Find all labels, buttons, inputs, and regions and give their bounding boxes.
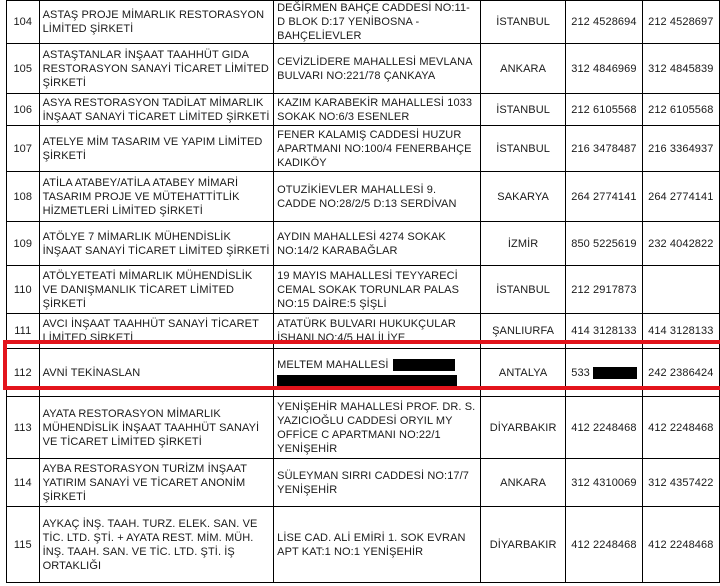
city: ŞANLIURFA	[492, 325, 554, 337]
row-number: 105	[13, 63, 32, 75]
phone-2-cell: 312 4845839	[643, 44, 720, 94]
row-number: 109	[13, 238, 32, 250]
redaction-bar	[393, 359, 455, 371]
row-number: 112	[14, 367, 32, 379]
phone-1-cell: 312 4846969	[566, 44, 643, 94]
city: DİYARBAKIR	[490, 422, 557, 434]
row-number-cell: 105	[7, 44, 40, 94]
address-cell: DEĞİRMEN BAHÇE CADDESİ NO:11- D BLOK D:1…	[274, 1, 481, 44]
address: KAZIM KARABEKİR MAHALLESİ 1033 SOKAK NO:…	[277, 97, 472, 123]
phone-1-cell: 414 3128133	[566, 314, 643, 349]
city: DİYARBAKIR	[490, 539, 557, 551]
city-cell: DİYARBAKIR	[480, 397, 565, 459]
phone-1: 212 6105568	[571, 104, 636, 116]
city-cell: İSTANBUL	[480, 1, 565, 44]
address: ATATÜRK BULVARI HUKUKÇULAR İŞHANI NO:4/5…	[277, 318, 456, 344]
address: OTUZİKİEVLER MAHALLESİ 9. CADDE NO:28/2/…	[277, 184, 456, 210]
phone-1-cell: 212 4528694	[566, 1, 643, 44]
company-name: AYATA RESTORASYON MİMARLIK MÜHENDİSLİK İ…	[43, 408, 260, 448]
phone-1: 533	[571, 367, 590, 379]
table-row: 115AYKAÇ İNŞ. TAAH. TURZ. ELEK. SAN. VE …	[7, 507, 720, 583]
company-name-cell: ATÖLYE 7 MİMARLIK MÜHENDİSLİK İNŞAAT SAN…	[39, 222, 274, 266]
city: ANKARA	[500, 63, 546, 75]
phone-2-cell: 212 6105568	[643, 94, 720, 126]
company-name-cell: ASYA RESTORASYON TADİLAT MİMARLIK İNŞAAT…	[39, 94, 274, 126]
company-name-cell: AVCI İNŞAAT TAAHHÜT SANAYİ TİCARET LİMİT…	[39, 314, 274, 349]
phone-2: 312 4845839	[648, 63, 713, 75]
row-number: 106	[13, 104, 32, 116]
table-row: 114AYBA RESTORASYON TURİZM İNŞAAT YATIRI…	[7, 459, 720, 507]
address-cell: ATATÜRK BULVARI HUKUKÇULAR İŞHANI NO:4/5…	[274, 314, 481, 349]
phone-1-cell: 412 2248468	[566, 397, 643, 459]
row-number-cell: 106	[7, 94, 40, 126]
phone-1-cell: 216 3478487	[566, 126, 643, 172]
phone-1-cell: 312 4310069	[566, 459, 643, 507]
company-name: ATELYE MİM TASARIM VE YAPIM LİMİTED ŞİRK…	[43, 136, 263, 162]
phone-2: 264 2774141	[648, 191, 713, 203]
city-cell: DİYARBAKIR	[480, 507, 565, 583]
row-number-cell: 111	[7, 314, 40, 349]
company-name: AYBA RESTORASYON TURİZM İNŞAAT YATIRIM S…	[43, 463, 247, 503]
row-number: 107	[13, 143, 32, 155]
table-row: 111AVCI İNŞAAT TAAHHÜT SANAYİ TİCARET Lİ…	[7, 314, 720, 349]
table-row-highlighted: 112AVNİ TEKİNASLANMELTEM MAHALLESİANTALY…	[7, 349, 720, 397]
city: ANTALYA	[499, 367, 547, 379]
address-cell: LİSE CAD. ALİ EMİRİ 1. SOK EVRAN APT KAT…	[274, 507, 481, 583]
address: MELTEM MAHALLESİ	[277, 359, 388, 371]
phone-2: 412 2248468	[648, 422, 713, 434]
address: SÜLEYMAN SIRRI CADDESİ NO:17/7 YENİŞEHİR	[277, 470, 469, 496]
address-cell: SÜLEYMAN SIRRI CADDESİ NO:17/7 YENİŞEHİR	[274, 459, 481, 507]
row-number-cell: 113	[7, 397, 40, 459]
address: AYDIN MAHALLESİ 4274 SOKAK NO:14/2 KARAB…	[277, 231, 446, 257]
company-name: AYKAÇ İNŞ. TAAH. TURZ. ELEK. SAN. VE TİC…	[43, 518, 258, 572]
table-row: 105ASTAŞTANLAR İNŞAAT TAAHHÜT GIDA RESTO…	[7, 44, 720, 94]
city-cell: ANKARA	[480, 44, 565, 94]
phone-1: 216 3478487	[571, 143, 636, 155]
address: FENER KALAMIŞ CADDESİ HUZUR APARTMANI NO…	[277, 129, 471, 169]
row-number-cell: 112	[7, 349, 40, 397]
address: CEVİZLİDERE MAHALLESİ MEVLANA BULVARI NO…	[277, 56, 472, 82]
phone-1: 312 4310069	[571, 477, 636, 489]
address-cell: FENER KALAMIŞ CADDESİ HUZUR APARTMANI NO…	[274, 126, 481, 172]
phone-2-cell: 242 2386424	[643, 349, 720, 397]
city-cell: İZMİR	[480, 222, 565, 266]
phone-2: 414 3128133	[648, 325, 713, 337]
phone-1-cell: 212 6105568	[566, 94, 643, 126]
phone-1-cell: 264 2774141	[566, 172, 643, 222]
company-name: ASYA RESTORASYON TADİLAT MİMARLIK İNŞAAT…	[43, 97, 270, 123]
row-number-cell: 107	[7, 126, 40, 172]
table-row: 106ASYA RESTORASYON TADİLAT MİMARLIK İNŞ…	[7, 94, 720, 126]
city-cell: SAKARYA	[480, 172, 565, 222]
phone-2: 232 4042822	[648, 238, 713, 250]
company-name-cell: AYBA RESTORASYON TURİZM İNŞAAT YATIRIM S…	[39, 459, 274, 507]
phone-1: 212 4528694	[571, 16, 636, 28]
address-cell: YENİŞEHİR MAHALLESİ PROF. DR. S. YAZICIO…	[274, 397, 481, 459]
address-cell: AYDIN MAHALLESİ 4274 SOKAK NO:14/2 KARAB…	[274, 222, 481, 266]
table-row: 107ATELYE MİM TASARIM VE YAPIM LİMİTED Ş…	[7, 126, 720, 172]
company-name: AVNİ TEKİNASLAN	[43, 367, 141, 379]
row-number: 113	[14, 422, 32, 434]
company-registry-table: 104ASTAŞ PROJE MİMARLIK RESTORASYON LİMİ…	[6, 0, 720, 583]
city: İSTANBUL	[496, 104, 550, 116]
city: SAKARYA	[497, 191, 549, 203]
redaction-bar	[277, 375, 457, 387]
address: YENİŞEHİR MAHALLESİ PROF. DR. S. YAZICIO…	[277, 401, 475, 455]
phone-1: 212 2917873	[571, 284, 636, 296]
phone-2: 216 3364937	[648, 143, 713, 155]
phone-1: 412 2248468	[571, 539, 636, 551]
company-name: ATÖLYETEATİ MİMARLIK MÜHENDİSLİK VE DANI…	[43, 270, 253, 310]
company-name-cell: ATELYE MİM TASARIM VE YAPIM LİMİTED ŞİRK…	[39, 126, 274, 172]
company-name-cell: AYATA RESTORASYON MİMARLIK MÜHENDİSLİK İ…	[39, 397, 274, 459]
phone-1: 412 2248468	[571, 422, 636, 434]
row-number-cell: 108	[7, 172, 40, 222]
phone-2-cell: 412 2248468	[643, 397, 720, 459]
company-name: AVCI İNŞAAT TAAHHÜT SANAYİ TİCARET LİMİT…	[43, 318, 259, 344]
company-name: ATÖLYE 7 MİMARLIK MÜHENDİSLİK İNŞAAT SAN…	[43, 231, 270, 257]
phone-2-cell: 212 4528697	[643, 1, 720, 44]
phone-2: 312 4357422	[648, 477, 713, 489]
city: İSTANBUL	[496, 16, 550, 28]
address-cell: OTUZİKİEVLER MAHALLESİ 9. CADDE NO:28/2/…	[274, 172, 481, 222]
phone-2: 212 6105568	[648, 104, 713, 116]
row-number: 114	[14, 477, 32, 489]
phone-2-cell	[643, 266, 720, 314]
registry-table-sheet: 104ASTAŞ PROJE MİMARLIK RESTORASYON LİMİ…	[6, 0, 720, 583]
row-number-cell: 114	[7, 459, 40, 507]
company-name: ASTAŞTANLAR İNŞAAT TAAHHÜT GIDA RESTORAS…	[43, 49, 269, 89]
city-cell: İSTANBUL	[480, 266, 565, 314]
address: 19 MAYIS MAHALLESİ TEYYARECİ CEMAL SOKAK…	[277, 270, 459, 310]
phone-1: 850 5225619	[571, 238, 636, 250]
phone-1: 312 4846969	[571, 63, 636, 75]
phone-1-cell: 212 2917873	[566, 266, 643, 314]
city: ANKARA	[500, 477, 546, 489]
table-row: 113AYATA RESTORASYON MİMARLIK MÜHENDİSLİ…	[7, 397, 720, 459]
phone-2-cell: 232 4042822	[643, 222, 720, 266]
row-number: 111	[14, 325, 31, 337]
phone-2: 212 4528697	[648, 16, 713, 28]
phone-2-cell: 412 2248468	[643, 507, 720, 583]
phone-1: 264 2774141	[571, 191, 636, 203]
city-cell: İSTANBUL	[480, 94, 565, 126]
row-number-cell: 110	[7, 266, 40, 314]
row-number-cell: 109	[7, 222, 40, 266]
table-body: 104ASTAŞ PROJE MİMARLIK RESTORASYON LİMİ…	[7, 1, 720, 583]
address-cell: MELTEM MAHALLESİ	[274, 349, 481, 397]
phone-1-cell: 850 5225619	[566, 222, 643, 266]
row-number: 110	[14, 284, 32, 296]
table-row: 109ATÖLYE 7 MİMARLIK MÜHENDİSLİK İNŞAAT …	[7, 222, 720, 266]
company-name-cell: ASTAŞTANLAR İNŞAAT TAAHHÜT GIDA RESTORAS…	[39, 44, 274, 94]
city-cell: ANTALYA	[480, 349, 565, 397]
company-name: ASTAŞ PROJE MİMARLIK RESTORASYON LİMİTED…	[43, 9, 265, 35]
phone-1-cell: 533	[566, 349, 643, 397]
address: LİSE CAD. ALİ EMİRİ 1. SOK EVRAN APT KAT…	[277, 532, 465, 558]
city-cell: ŞANLIURFA	[480, 314, 565, 349]
address-cell: CEVİZLİDERE MAHALLESİ MEVLANA BULVARI NO…	[274, 44, 481, 94]
company-name: ATİLA ATABEY/ATİLA ATABEY MİMARİ TASARIM…	[43, 177, 240, 217]
phone-2-cell: 216 3364937	[643, 126, 720, 172]
phone-2-cell: 312 4357422	[643, 459, 720, 507]
company-name-cell: ASTAŞ PROJE MİMARLIK RESTORASYON LİMİTED…	[39, 1, 274, 44]
row-number: 115	[14, 539, 32, 551]
address: DEĞİRMEN BAHÇE CADDESİ NO:11- D BLOK D:1…	[277, 2, 470, 42]
phone-1-cell: 412 2248468	[566, 507, 643, 583]
address-cell: 19 MAYIS MAHALLESİ TEYYARECİ CEMAL SOKAK…	[274, 266, 481, 314]
phone-2-cell: 264 2774141	[643, 172, 720, 222]
company-name-cell: AVNİ TEKİNASLAN	[39, 349, 274, 397]
table-row: 108ATİLA ATABEY/ATİLA ATABEY MİMARİ TASA…	[7, 172, 720, 222]
city: İSTANBUL	[496, 143, 550, 155]
city: İZMİR	[508, 238, 538, 250]
city-cell: ANKARA	[480, 459, 565, 507]
city-cell: İSTANBUL	[480, 126, 565, 172]
phone-2: 242 2386424	[648, 367, 713, 379]
city: İSTANBUL	[496, 284, 550, 296]
row-number: 104	[13, 16, 32, 28]
row-number-cell: 115	[7, 507, 40, 583]
company-name-cell: AYKAÇ İNŞ. TAAH. TURZ. ELEK. SAN. VE TİC…	[39, 507, 274, 583]
phone-2-cell: 414 3128133	[643, 314, 720, 349]
phone-1: 414 3128133	[571, 325, 636, 337]
address-cell: KAZIM KARABEKİR MAHALLESİ 1033 SOKAK NO:…	[274, 94, 481, 126]
row-number: 108	[13, 191, 32, 203]
table-row: 110ATÖLYETEATİ MİMARLIK MÜHENDİSLİK VE D…	[7, 266, 720, 314]
table-row: 104ASTAŞ PROJE MİMARLIK RESTORASYON LİMİ…	[7, 1, 720, 44]
phone-2: 412 2248468	[648, 539, 713, 551]
row-number-cell: 104	[7, 1, 40, 44]
redaction-bar	[593, 367, 637, 379]
company-name-cell: ATİLA ATABEY/ATİLA ATABEY MİMARİ TASARIM…	[39, 172, 274, 222]
company-name-cell: ATÖLYETEATİ MİMARLIK MÜHENDİSLİK VE DANI…	[39, 266, 274, 314]
